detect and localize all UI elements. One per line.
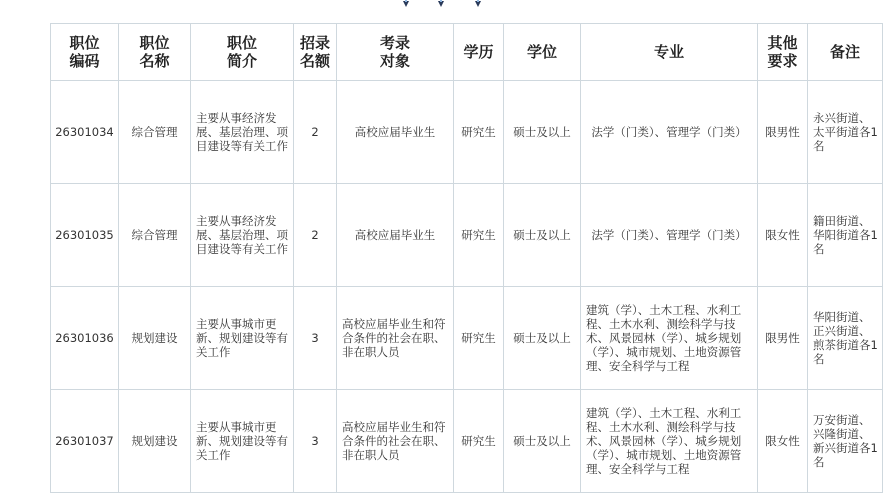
- cell-education: 研究生: [454, 184, 504, 287]
- header-degree: 学位: [504, 24, 581, 81]
- cell-other: 限男性: [758, 287, 808, 390]
- cell-remark: 万安街道、兴隆街道、新兴街道各1名: [808, 390, 883, 493]
- cell-quota: 2: [294, 81, 337, 184]
- header-position-intro: 职位简介: [191, 24, 294, 81]
- header-education: 学历: [454, 24, 504, 81]
- header-major: 专业: [581, 24, 758, 81]
- cell-target: 高校应届毕业生: [337, 81, 454, 184]
- cell-degree: 硕士及以上: [504, 287, 581, 390]
- cell-quota: 3: [294, 390, 337, 493]
- cell-other: 限女性: [758, 390, 808, 493]
- cell-degree: 硕士及以上: [504, 390, 581, 493]
- cell-intro: 主要从事经济发展、基层治理、项目建设等有关工作: [191, 184, 294, 287]
- cell-major: 法学（门类）、管理学（门类）: [581, 81, 758, 184]
- cell-code: 26301036: [51, 287, 119, 390]
- cell-major: 法学（门类）、管理学（门类）: [581, 184, 758, 287]
- header-quota: 招录名额: [294, 24, 337, 81]
- cell-remark: 华阳街道、正兴街道、煎茶街道各1名: [808, 287, 883, 390]
- cell-education: 研究生: [454, 81, 504, 184]
- cell-other: 限男性: [758, 81, 808, 184]
- table-row: 26301037 规划建设 主要从事城市更新、规划建设等有关工作 3 高校应届毕…: [51, 390, 883, 493]
- cell-degree: 硕士及以上: [504, 184, 581, 287]
- table-header-row: 职位编码 职位名称 职位简介 招录名额 考录对象 学历 学位 专业 其他要求 备…: [51, 24, 883, 81]
- cell-remark: 永兴街道、太平街道各1名: [808, 81, 883, 184]
- cell-target: 高校应届毕业生和符合条件的社会在职、非在职人员: [337, 287, 454, 390]
- cell-code: 26301037: [51, 390, 119, 493]
- cell-education: 研究生: [454, 390, 504, 493]
- cell-target: 高校应届毕业生: [337, 184, 454, 287]
- down-arrow-icon: [438, 1, 444, 7]
- cell-education: 研究生: [454, 287, 504, 390]
- cell-name: 综合管理: [119, 81, 191, 184]
- table-row: 26301036 规划建设 主要从事城市更新、规划建设等有关工作 3 高校应届毕…: [51, 287, 883, 390]
- cell-intro: 主要从事经济发展、基层治理、项目建设等有关工作: [191, 81, 294, 184]
- cell-quota: 3: [294, 287, 337, 390]
- header-target: 考录对象: [337, 24, 454, 81]
- job-positions-table: 职位编码 职位名称 职位简介 招录名额 考录对象 学历 学位 专业 其他要求 备…: [50, 23, 883, 493]
- cell-major: 建筑（学）、土木工程、水利工程、土木水利、测绘科学与技术、风景园林（学）、城乡规…: [581, 287, 758, 390]
- cell-name: 综合管理: [119, 184, 191, 287]
- cell-degree: 硕士及以上: [504, 81, 581, 184]
- cell-name: 规划建设: [119, 390, 191, 493]
- scroll-arrows: [0, 0, 883, 12]
- cell-other: 限女性: [758, 184, 808, 287]
- header-remarks: 备注: [808, 24, 883, 81]
- table-row: 26301035 综合管理 主要从事经济发展、基层治理、项目建设等有关工作 2 …: [51, 184, 883, 287]
- header-position-code: 职位编码: [51, 24, 119, 81]
- cell-code: 26301035: [51, 184, 119, 287]
- header-other-requirements: 其他要求: [758, 24, 808, 81]
- down-arrow-icon: [475, 1, 481, 7]
- cell-major: 建筑（学）、土木工程、水利工程、土木水利、测绘科学与技术、风景园林（学）、城乡规…: [581, 390, 758, 493]
- down-arrow-icon: [403, 1, 409, 7]
- cell-intro: 主要从事城市更新、规划建设等有关工作: [191, 287, 294, 390]
- cell-quota: 2: [294, 184, 337, 287]
- cell-intro: 主要从事城市更新、规划建设等有关工作: [191, 390, 294, 493]
- header-position-name: 职位名称: [119, 24, 191, 81]
- cell-code: 26301034: [51, 81, 119, 184]
- cell-remark: 籍田街道、华阳街道各1名: [808, 184, 883, 287]
- cell-target: 高校应届毕业生和符合条件的社会在职、非在职人员: [337, 390, 454, 493]
- table-row: 26301034 综合管理 主要从事经济发展、基层治理、项目建设等有关工作 2 …: [51, 81, 883, 184]
- cell-name: 规划建设: [119, 287, 191, 390]
